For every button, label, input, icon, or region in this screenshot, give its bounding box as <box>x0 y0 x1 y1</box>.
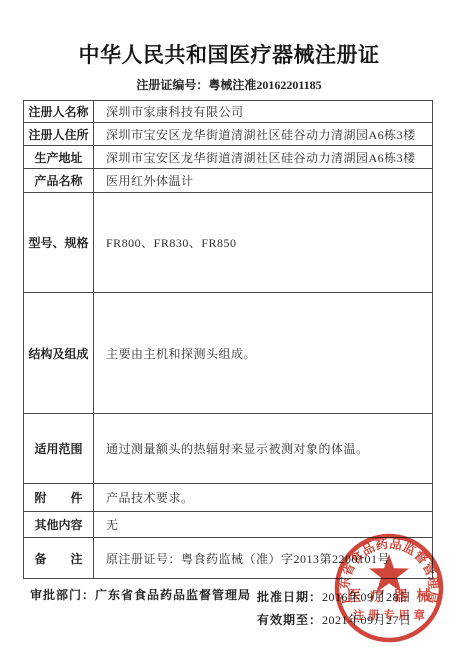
approval-department-value: 广东省食品药品监督管理局 <box>95 588 251 602</box>
row-label: 附 件 <box>24 484 94 512</box>
row-value: 产品技术要求。 <box>94 484 433 512</box>
row-value: 通过测量额头的热辐射来显示被测对象的体温。 <box>94 414 433 484</box>
row-registrant-name: 注册人名称 深圳市家康科技有限公司 <box>24 101 433 123</box>
row-structure-composition: 结构及组成 主要由主机和探测头组成。 <box>24 293 433 414</box>
seal-line2: 注册专用章 <box>353 608 426 622</box>
page-title: 中华人民共和国医疗器械注册证 <box>0 39 458 69</box>
row-attachment: 附 件 产品技术要求。 <box>24 484 433 512</box>
seal-line1: 医疗器械 <box>347 587 432 605</box>
certificate-table: 注册人名称 深圳市家康科技有限公司 注册人住所 深圳市宝安区龙华街道清湖社区硅谷… <box>23 100 433 579</box>
row-model-spec: 型号、规格 FR800、FR830、FR850 <box>24 193 433 293</box>
row-label: 注册人住所 <box>24 123 94 146</box>
approval-date-label: 批准日期： <box>257 590 322 604</box>
certificate-page: 中华人民共和国医疗器械注册证 注册证编号：粤械注准20162201185 注册人… <box>0 0 458 647</box>
row-value: 医用红外体温计 <box>94 169 433 193</box>
row-scope-of-application: 适用范围 通过测量额头的热辐射来显示被测对象的体温。 <box>24 414 433 484</box>
row-value: FR800、FR830、FR850 <box>94 193 433 293</box>
valid-until-label: 有效期至： <box>257 613 322 627</box>
row-label: 注册人名称 <box>24 101 94 123</box>
seal-ring <box>337 536 441 640</box>
approval-department-line: 审批部门：广东省食品药品监督管理局 <box>30 586 251 603</box>
row-value: 深圳市宝安区龙华街道清湖社区硅谷动力清湖园A6栋3楼 <box>94 123 433 146</box>
row-label: 生产地址 <box>24 146 94 169</box>
row-label: 结构及组成 <box>24 293 94 414</box>
row-value: 深圳市家康科技有限公司 <box>94 101 433 123</box>
cert-number-label: 注册证编号： <box>136 78 208 92</box>
row-label: 产品名称 <box>24 169 94 193</box>
row-label: 适用范围 <box>24 414 94 484</box>
row-value: 深圳市宝安区龙华街道清湖社区硅谷动力清湖园A6栋3楼 <box>94 146 433 169</box>
row-production-address: 生产地址 深圳市宝安区龙华街道清湖社区硅谷动力清湖园A6栋3楼 <box>24 146 433 169</box>
row-label: 其他内容 <box>24 512 94 538</box>
row-label: 备 注 <box>24 538 94 579</box>
cert-number-line: 注册证编号：粤械注准20162201185 <box>0 76 458 93</box>
cert-number-value: 粤械注准20162201185 <box>208 78 321 92</box>
official-seal: 广东省食品药品监督管理局 医疗器械 注册专用章 <box>334 533 444 643</box>
approval-department-label: 审批部门： <box>30 588 95 602</box>
row-label: 型号、规格 <box>24 193 94 293</box>
row-product-name: 产品名称 医用红外体温计 <box>24 169 433 193</box>
row-value: 主要由主机和探测头组成。 <box>94 293 433 414</box>
row-registrant-address: 注册人住所 深圳市宝安区龙华街道清湖社区硅谷动力清湖园A6栋3楼 <box>24 123 433 146</box>
star-icon <box>369 554 409 592</box>
